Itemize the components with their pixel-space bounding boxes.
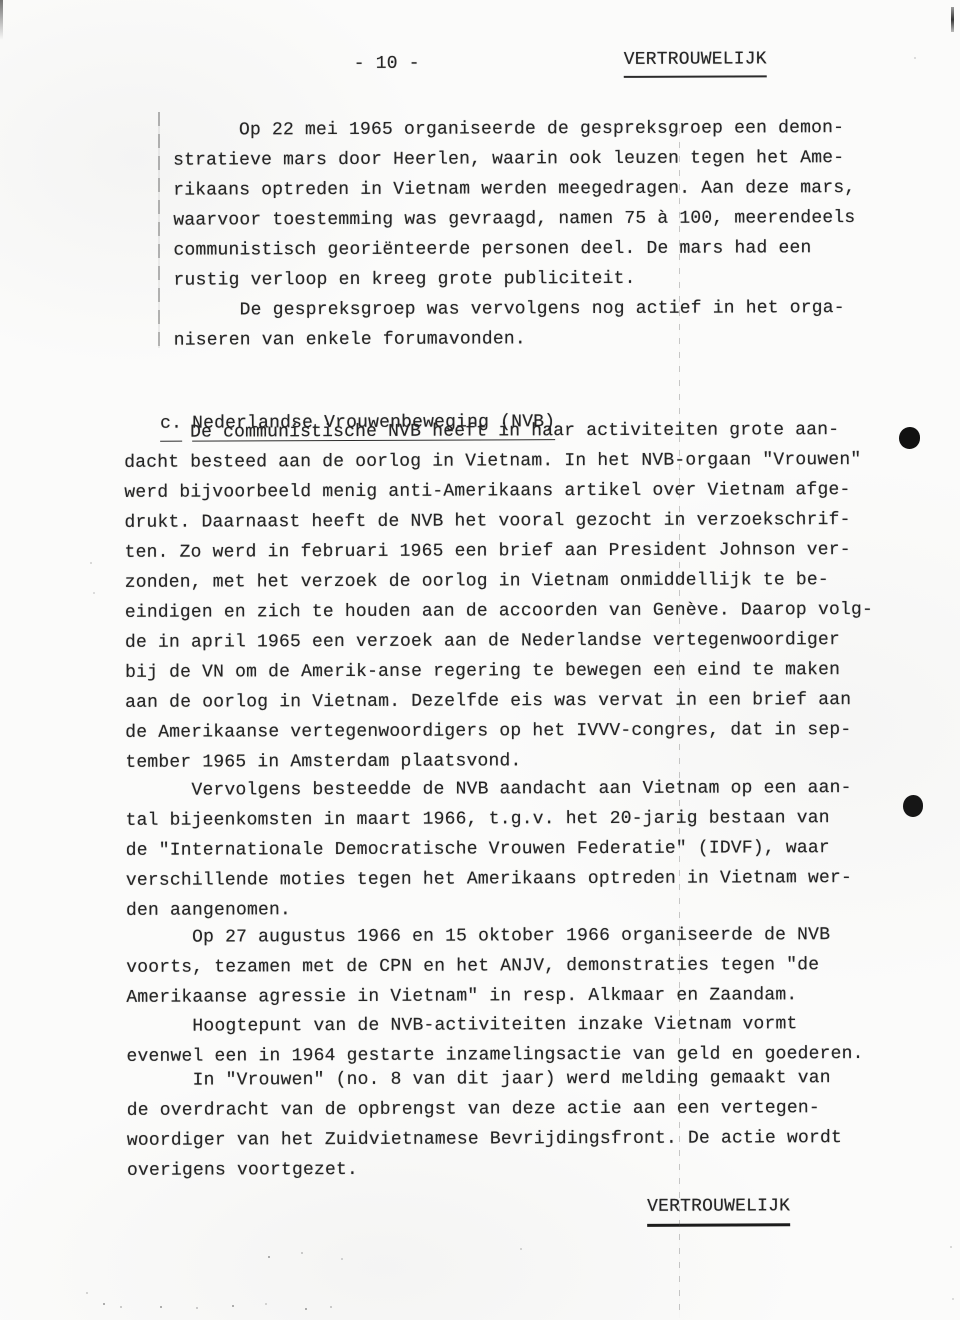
text-line: bij de VN om de Amerik-anse regering te … — [125, 655, 873, 688]
paragraph-nvb-bijeenkomsten-idvf: Vervolgens besteedde de NVB aandacht aan… — [125, 773, 852, 926]
scan-speck — [341, 1258, 343, 1260]
classification-stamp-top: VERTROUWELIJK — [624, 44, 767, 78]
scanned-document-page: - 10 - VERTROUWELIJK Op 22 mei 1965 orga… — [0, 0, 960, 1320]
text-line: Vervolgens besteedde de NVB aandacht aan… — [125, 773, 851, 806]
scan-speck — [952, 1298, 954, 1300]
text-line: De gespreksgroep was vervolgens nog acti… — [174, 293, 856, 326]
scan-edge-mark — [951, 7, 954, 32]
text-line: voorts, tezamen met de CPN en het ANJV, … — [126, 950, 830, 983]
scan-speck — [160, 1306, 162, 1308]
text-line: In "Vrouwen" (no. 8 van dit jaar) werd m… — [127, 1063, 842, 1096]
scan-speck — [232, 1305, 234, 1307]
scan-speck — [86, 1292, 88, 1294]
punch-hole-mark — [903, 795, 923, 817]
text-line: verschillende moties tegen het Amerikaan… — [126, 863, 852, 896]
margin-pencil-line — [158, 112, 160, 348]
text-line: dacht besteed aan de oorlog in Vietnam. … — [124, 445, 872, 478]
text-line: communistisch georiënteerde personen dee… — [173, 233, 855, 266]
text-line: waarvoor toestemming was gevraagd, namen… — [173, 203, 855, 236]
paragraph-nvb-vietnam-aandacht: De communistische NVB heeft in haar acti… — [124, 415, 874, 778]
scan-speck — [330, 1306, 332, 1308]
scan-speck — [520, 1248, 522, 1250]
vertical-fold-line — [679, 128, 680, 1318]
text-line: Op 27 augustus 1966 en 15 oktober 1966 o… — [126, 920, 830, 953]
scan-speck — [90, 562, 92, 564]
text-line: drukt. Daarnaast heeft de NVB het vooral… — [124, 505, 872, 538]
scan-speck — [950, 1246, 952, 1248]
text-line: overigens voortgezet. — [127, 1153, 842, 1186]
punch-hole-mark — [899, 427, 920, 449]
scan-speck — [103, 1303, 105, 1305]
text-line: stratieve mars door Heerlen, waarin ook … — [173, 143, 855, 176]
scan-speck — [93, 592, 95, 594]
text-line: rustig verloop en kreeg grote publicitei… — [173, 263, 855, 296]
scan-speck — [268, 1256, 270, 1258]
text-line: zonden, met het verzoek de oorlog in Vie… — [125, 565, 873, 598]
paragraph-demonstraties-alkmaar-zaandam: Op 27 augustus 1966 en 15 oktober 1966 o… — [126, 920, 830, 1013]
text-line: tal bijeenkomsten in maart 1966, t.g.v. … — [126, 803, 852, 836]
scan-speck — [120, 1306, 122, 1308]
text-line: de in april 1965 een verzoek aan de Nede… — [125, 625, 873, 658]
text-line: rikaans optreden in Vietnam werden meege… — [173, 173, 855, 206]
text-line: woordiger van het Zuidvietnamese Bevrijd… — [127, 1123, 842, 1156]
scan-speck — [305, 1308, 307, 1310]
page-number: - 10 - — [354, 49, 420, 79]
text-line: ten. Zo werd in februari 1965 een brief … — [125, 535, 873, 568]
scan-speck — [914, 57, 916, 59]
classification-stamp-bottom: VERTROUWELIJK — [647, 1191, 790, 1227]
text-line: Hoogtepunt van de NVB-activiteiten inzak… — [126, 1009, 863, 1042]
scan-speck — [301, 1252, 303, 1254]
paragraph-vrouwen-overdracht: In "Vrouwen" (no. 8 van dit jaar) werd m… — [127, 1063, 843, 1186]
text-line: de overdracht van de opbrengst van deze … — [127, 1093, 842, 1126]
text-line: niseren van enkele forumavonden. — [174, 323, 856, 356]
scan-edge-mark — [0, 0, 3, 40]
scan-speck — [196, 1307, 198, 1309]
text-line: eindigen en zich te houden aan de accoor… — [125, 595, 873, 628]
paragraph-inzamelingsactie: Hoogtepunt van de NVB-activiteiten inzak… — [126, 1009, 863, 1072]
text-line: de Amerikaanse vertegenwoordigers op het… — [125, 715, 873, 748]
scan-content-layer: - 10 - VERTROUWELIJK Op 22 mei 1965 orga… — [0, 0, 960, 1320]
paragraph-gespreksgroep-mars: Op 22 mei 1965 organiseerde de gespreksg… — [173, 113, 856, 356]
text-line: werd bijvoorbeeld menig anti-Amerikaans … — [124, 475, 872, 508]
text-line: Amerikaanse agressie in Vietnam" in resp… — [126, 980, 830, 1013]
text-line: De communistische NVB heeft in haar acti… — [124, 415, 872, 448]
text-line: Op 22 mei 1965 organiseerde de gespreksg… — [173, 113, 855, 146]
scan-speck — [265, 1303, 267, 1305]
text-line: aan de oorlog in Vietnam. Dezelfde eis w… — [125, 685, 873, 718]
text-line: de "Internationale Democratische Vrouwen… — [126, 833, 852, 866]
